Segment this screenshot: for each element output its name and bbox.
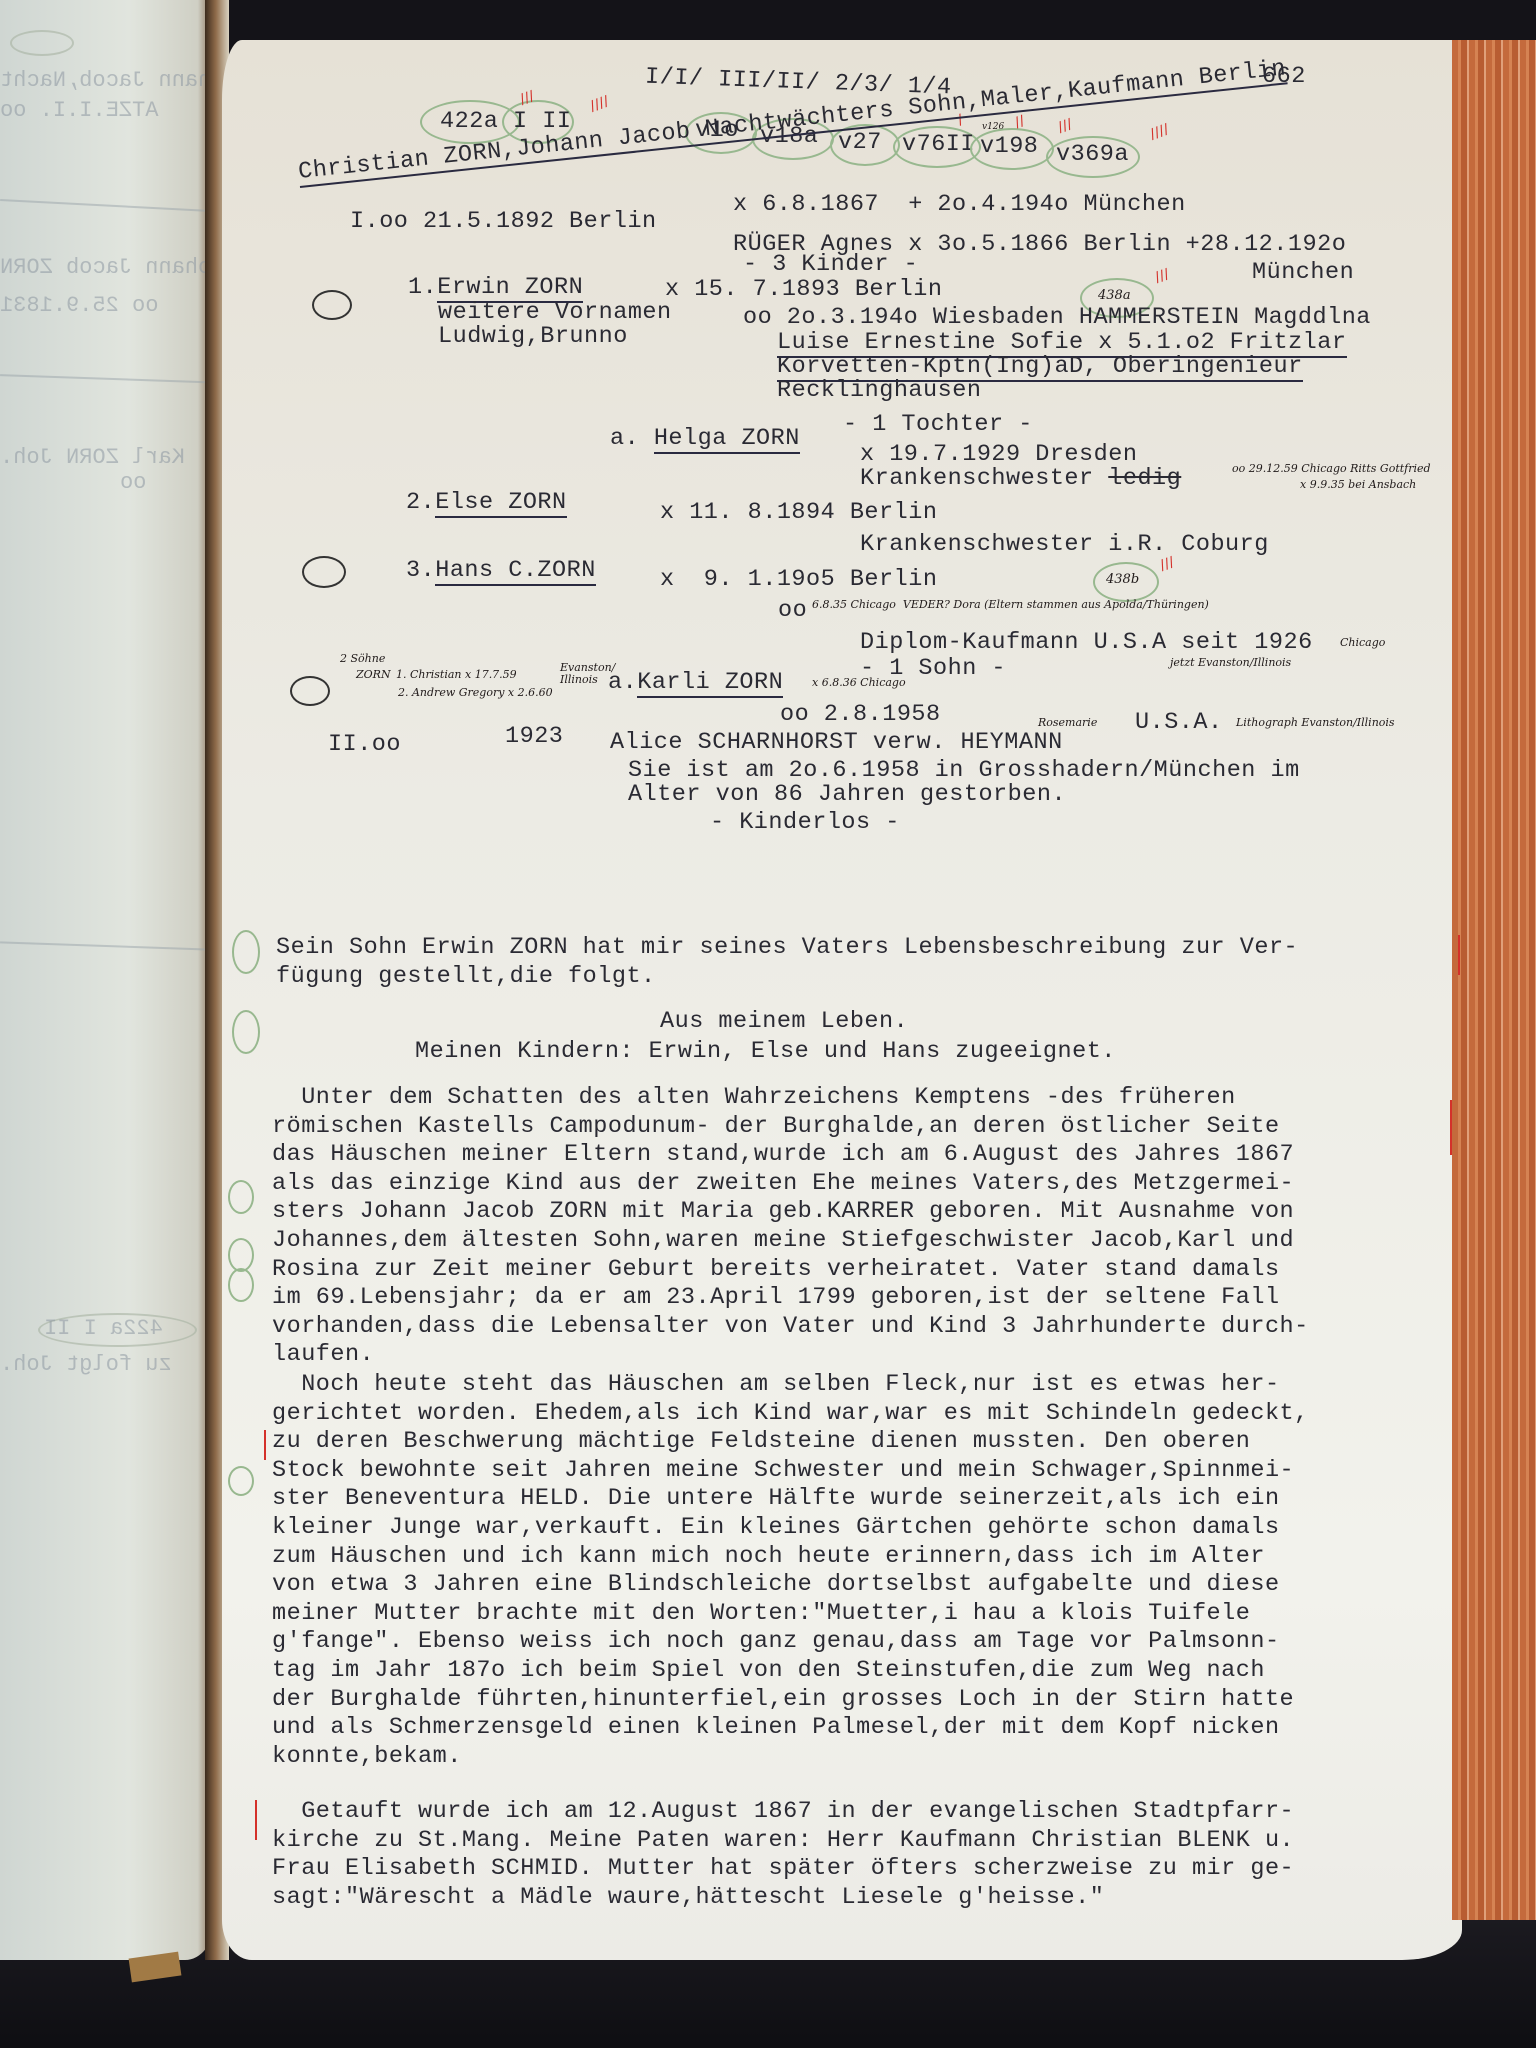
grandchild-name: Helga ZORN bbox=[654, 425, 800, 454]
ghost-rule bbox=[0, 374, 225, 384]
memoir-line: vorhanden,dass die Lebensalter von Vater… bbox=[272, 1312, 1309, 1341]
memoir-line: Noch heute steht das Häuschen am selben … bbox=[272, 1370, 1280, 1399]
red-margin-mark bbox=[255, 1800, 257, 1840]
memoir-line: der Burghalde führten,hinunterfiel,ein g… bbox=[272, 1685, 1294, 1714]
memoir-line: zu deren Beschwerung mächtige Feldsteine… bbox=[272, 1427, 1250, 1456]
handwritten-note: Lithograph Evanston/Illinois bbox=[1236, 716, 1395, 729]
grandchild-occupation: Krankenschwester ledig bbox=[860, 464, 1181, 493]
memoir-line: konnte,bekam. bbox=[272, 1742, 462, 1771]
struck-text: ledig bbox=[1108, 465, 1181, 492]
memoir-line: meiner Mutter brachte mit den Worten:"Mu… bbox=[272, 1599, 1250, 1628]
memoir-line: sters Johann Jacob ZORN mit Maria geb.KA… bbox=[272, 1197, 1294, 1226]
second-spouse: Alice SCHARNHORST verw. HEYMANN bbox=[610, 728, 1063, 757]
handwritten-circle-mark bbox=[290, 676, 330, 706]
memoir-line: im 69.Lebensjahr; da er am 23.April 1799… bbox=[272, 1283, 1280, 1312]
memoir-line: ster Beneventura HELD. Die untere Hälfte… bbox=[272, 1484, 1280, 1513]
left-page: ZORN,Johann Jacob,Nacht ATZE.I.I. oo Joh… bbox=[0, 0, 215, 1960]
memoir-line: Getauft wurde ich am 12.August 1867 in d… bbox=[272, 1797, 1294, 1826]
memoir-line: kleiner Junge war,verkauft. Ein kleines … bbox=[272, 1513, 1280, 1542]
memoir-line: Johannes,dem ältesten Sohn,waren meine S… bbox=[272, 1226, 1294, 1255]
memoir-line: g'fange". Ebenso weiss ich noch ganz gen… bbox=[272, 1627, 1280, 1656]
handwritten-note: Chicago bbox=[1340, 636, 1385, 649]
memoir-line: das Häuschen meiner Eltern stand,wurde i… bbox=[272, 1140, 1294, 1169]
ghost-oval bbox=[10, 30, 74, 56]
memoir-line: sagt:"Wärescht a Mädle waure,hättescht L… bbox=[272, 1883, 1104, 1912]
memoir-line: tag im Jahr 187o ich beim Spiel von den … bbox=[272, 1656, 1265, 1685]
margin-oval bbox=[228, 1466, 254, 1496]
ghost-rule bbox=[0, 199, 230, 213]
ghost-line: 422a I II bbox=[44, 1316, 163, 1341]
handwritten-note: Evanston/ Illinois bbox=[560, 662, 610, 686]
spouse-1-place: München bbox=[1252, 258, 1354, 287]
first-marriage: I.oo 21.5.1892 Berlin bbox=[350, 207, 657, 236]
child-3-name: Hans C.ZORN bbox=[435, 557, 596, 586]
intro-line: fügung gestellt,die folgt. bbox=[276, 962, 656, 991]
red-margin-mark bbox=[264, 1430, 266, 1460]
memoir-line: von etwa 3 Jahren eine Blindschleiche do… bbox=[272, 1570, 1280, 1599]
life-dates: x 6.8.1867 + 2o.4.194o München bbox=[733, 190, 1186, 219]
second-marriage-line: Alter von 86 Jahren gestorben. bbox=[628, 780, 1066, 809]
margin-oval bbox=[228, 1180, 254, 1214]
memoir-line: laufen. bbox=[272, 1340, 374, 1369]
handwritten-note: oo 29.12.59 Chicago Ritts Gottfried bbox=[1232, 462, 1431, 475]
handwritten-note: x 9.9.35 bei Ansbach bbox=[1300, 478, 1416, 491]
margin-oval bbox=[232, 930, 260, 974]
margin-oval bbox=[228, 1238, 254, 1272]
handwritten-circle-mark bbox=[302, 556, 346, 588]
memoir-line: Unter dem Schatten des alten Wahrzeichen… bbox=[272, 1083, 1236, 1112]
memoir-line: kirche zu St.Mang. Meine Paten waren: He… bbox=[272, 1826, 1294, 1855]
handwritten-note: 1. Christian x 17.7.59 bbox=[396, 668, 517, 681]
red-margin-mark bbox=[1458, 935, 1460, 975]
ref-oval-label: v369a bbox=[1056, 140, 1129, 169]
handwritten-note: 2. Andrew Gregory x 2.6.60 bbox=[398, 686, 553, 699]
ghost-line: oo 25.9.1831 bbox=[0, 293, 158, 318]
dedication: Meinen Kindern: Erwin, Else und Hans zug… bbox=[415, 1037, 1116, 1066]
ghost-rule bbox=[0, 941, 210, 950]
memoir-line: zum Häuschen und ich kann mich noch heut… bbox=[272, 1542, 1265, 1571]
grandchild-2-place: U.S.A. bbox=[1135, 708, 1223, 737]
ghost-line: Johann Jacob ZORN bbox=[0, 255, 224, 280]
ref-oval-label: v198 bbox=[980, 132, 1038, 161]
ghost-line: ATZE.I.I. oo bbox=[0, 98, 158, 123]
child-2-entry: 2.Else ZORN bbox=[406, 488, 567, 517]
grandchild-2-name: Karli ZORN bbox=[637, 669, 783, 698]
margin-oval bbox=[232, 1010, 260, 1054]
child-3-marriage-mark: oo bbox=[778, 596, 807, 625]
memoir-line: Rosina zur Zeit meiner Geburt bereits ve… bbox=[272, 1255, 1280, 1284]
ghost-line: oo bbox=[120, 470, 146, 495]
page-edges bbox=[1452, 40, 1536, 1920]
red-margin-mark bbox=[1450, 1100, 1452, 1155]
handwritten-note: 2 Söhne bbox=[340, 652, 385, 665]
grandchild-entry: a. Helga ZORN bbox=[610, 424, 800, 453]
child-1-extra-names: Ludwig,Brunno bbox=[438, 322, 628, 351]
memoir-line: und als Schmerzensgeld einen kleinen Pal… bbox=[272, 1713, 1280, 1742]
child-2-birth: x 11. 8.1894 Berlin bbox=[660, 498, 937, 527]
child-2-name: Else ZORN bbox=[435, 489, 566, 518]
ref-oval-label: 438b bbox=[1106, 572, 1139, 587]
memoir-line: Stock bewohnte seit Jahren meine Schwest… bbox=[272, 1456, 1294, 1485]
ref-oval-label: 438a bbox=[1098, 288, 1131, 303]
child-1-birth: x 15. 7.1893 Berlin bbox=[665, 275, 942, 304]
grandchild-2-marriage: oo 2.8.1958 bbox=[780, 700, 941, 729]
memoir-line: gerichtet worden. Ehedem,als ich Kind wa… bbox=[272, 1399, 1309, 1428]
second-marriage-year: 1923 bbox=[505, 722, 563, 751]
handwritten-note: v126 bbox=[982, 122, 1004, 132]
ghost-line: zu folgt Joh. bbox=[0, 1352, 172, 1377]
child-2-occupation: Krankenschwester i.R. Coburg bbox=[860, 530, 1269, 559]
ghost-line: Karl ZORN Joh. bbox=[0, 445, 185, 470]
ref-oval-label: v76II bbox=[902, 130, 975, 159]
second-marriage-children: - Kinderlos - bbox=[710, 808, 900, 837]
memoir-title: Aus meinem Leben. bbox=[660, 1007, 908, 1036]
child-3-entry: 3.Hans C.ZORN bbox=[406, 556, 596, 585]
memoir-line: römischen Kastells Campodunum- der Burgh… bbox=[272, 1112, 1280, 1141]
memoir-line: Frau Elisabeth SCHMID. Mutter hat später… bbox=[272, 1854, 1294, 1883]
margin-oval bbox=[228, 1268, 254, 1302]
handwritten-note: jetzt Evanston/Illinois bbox=[1170, 656, 1291, 669]
handwritten-note: ZORN bbox=[356, 668, 391, 681]
handwritten-note: x 6.8.36 Chicago bbox=[812, 676, 906, 689]
memoir-line: als das einzige Kind aus der zweiten Ehe… bbox=[272, 1169, 1294, 1198]
child-1-spouse-line: Recklinghausen bbox=[777, 376, 981, 405]
handwritten-circle-mark bbox=[312, 290, 352, 320]
intro-line: Sein Sohn Erwin ZORN hat mir seines Vate… bbox=[276, 933, 1298, 962]
grandchild-2-entry: a.Karli ZORN bbox=[608, 668, 783, 697]
second-marriage-label: II.oo bbox=[328, 730, 401, 759]
handwritten-note: 6.8.35 Chicago VEDER? Dora (Eltern stamm… bbox=[812, 598, 1209, 611]
child-3-occupation: Diplom-Kaufmann U.S.A seit 1926 bbox=[860, 628, 1313, 657]
child-1-children-count: - 1 Tochter - bbox=[843, 410, 1033, 439]
child-3-birth: x 9. 1.19o5 Berlin bbox=[660, 565, 937, 594]
ref-oval-label: v27 bbox=[838, 128, 882, 157]
